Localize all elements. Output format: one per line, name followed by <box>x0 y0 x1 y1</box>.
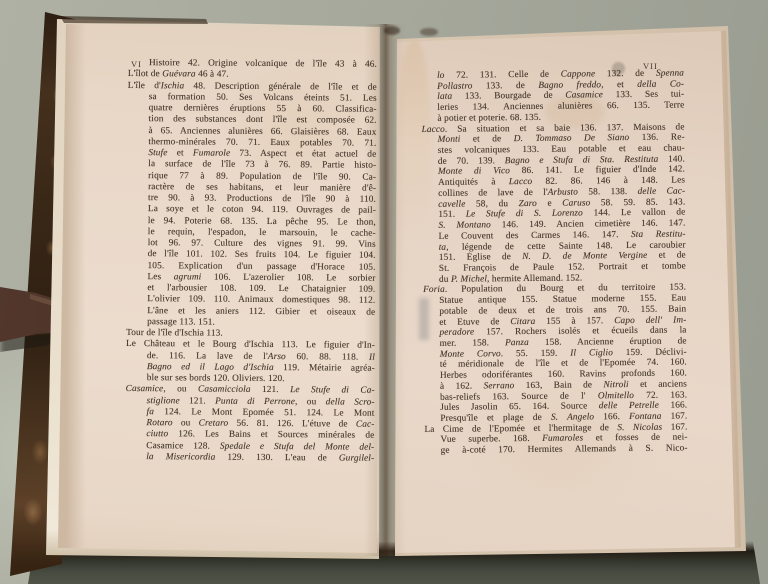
left-page-text: Histoire 42. Origine volcanique de l'île… <box>125 58 377 465</box>
gutter-top-shadow <box>384 26 400 35</box>
gutter-top-notch <box>420 28 438 36</box>
right-page-text: lo 72. 131. Celle de Cappone 132. de Spe… <box>421 68 688 456</box>
text-line: la Misericordia 129. 130. L'eau de Gurgi… <box>125 452 374 465</box>
open-book-photo: VI VII Histoire 42. Origine volcanique d… <box>0 0 768 584</box>
